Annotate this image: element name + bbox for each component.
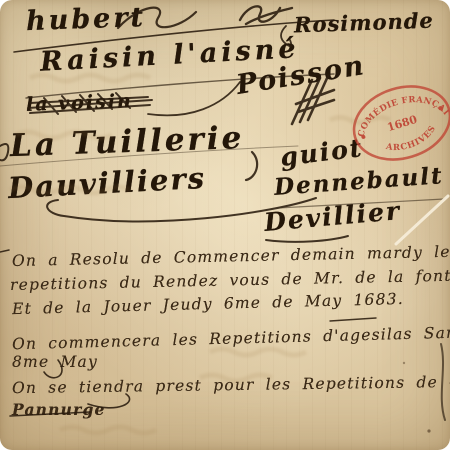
play-title-pannurge: Pannurge xyxy=(12,400,106,419)
signature-hubert: hubert xyxy=(25,2,146,37)
signature-la-voisin: la voisin xyxy=(26,90,134,116)
stamp-year: 1680 xyxy=(386,113,419,134)
manuscript-page: hubert Rosimonde Raisin l'aisné la voisi… xyxy=(0,0,450,450)
resolution-line: 8me May xyxy=(12,353,98,371)
signature-rosimonde: Rosimonde xyxy=(294,8,435,38)
